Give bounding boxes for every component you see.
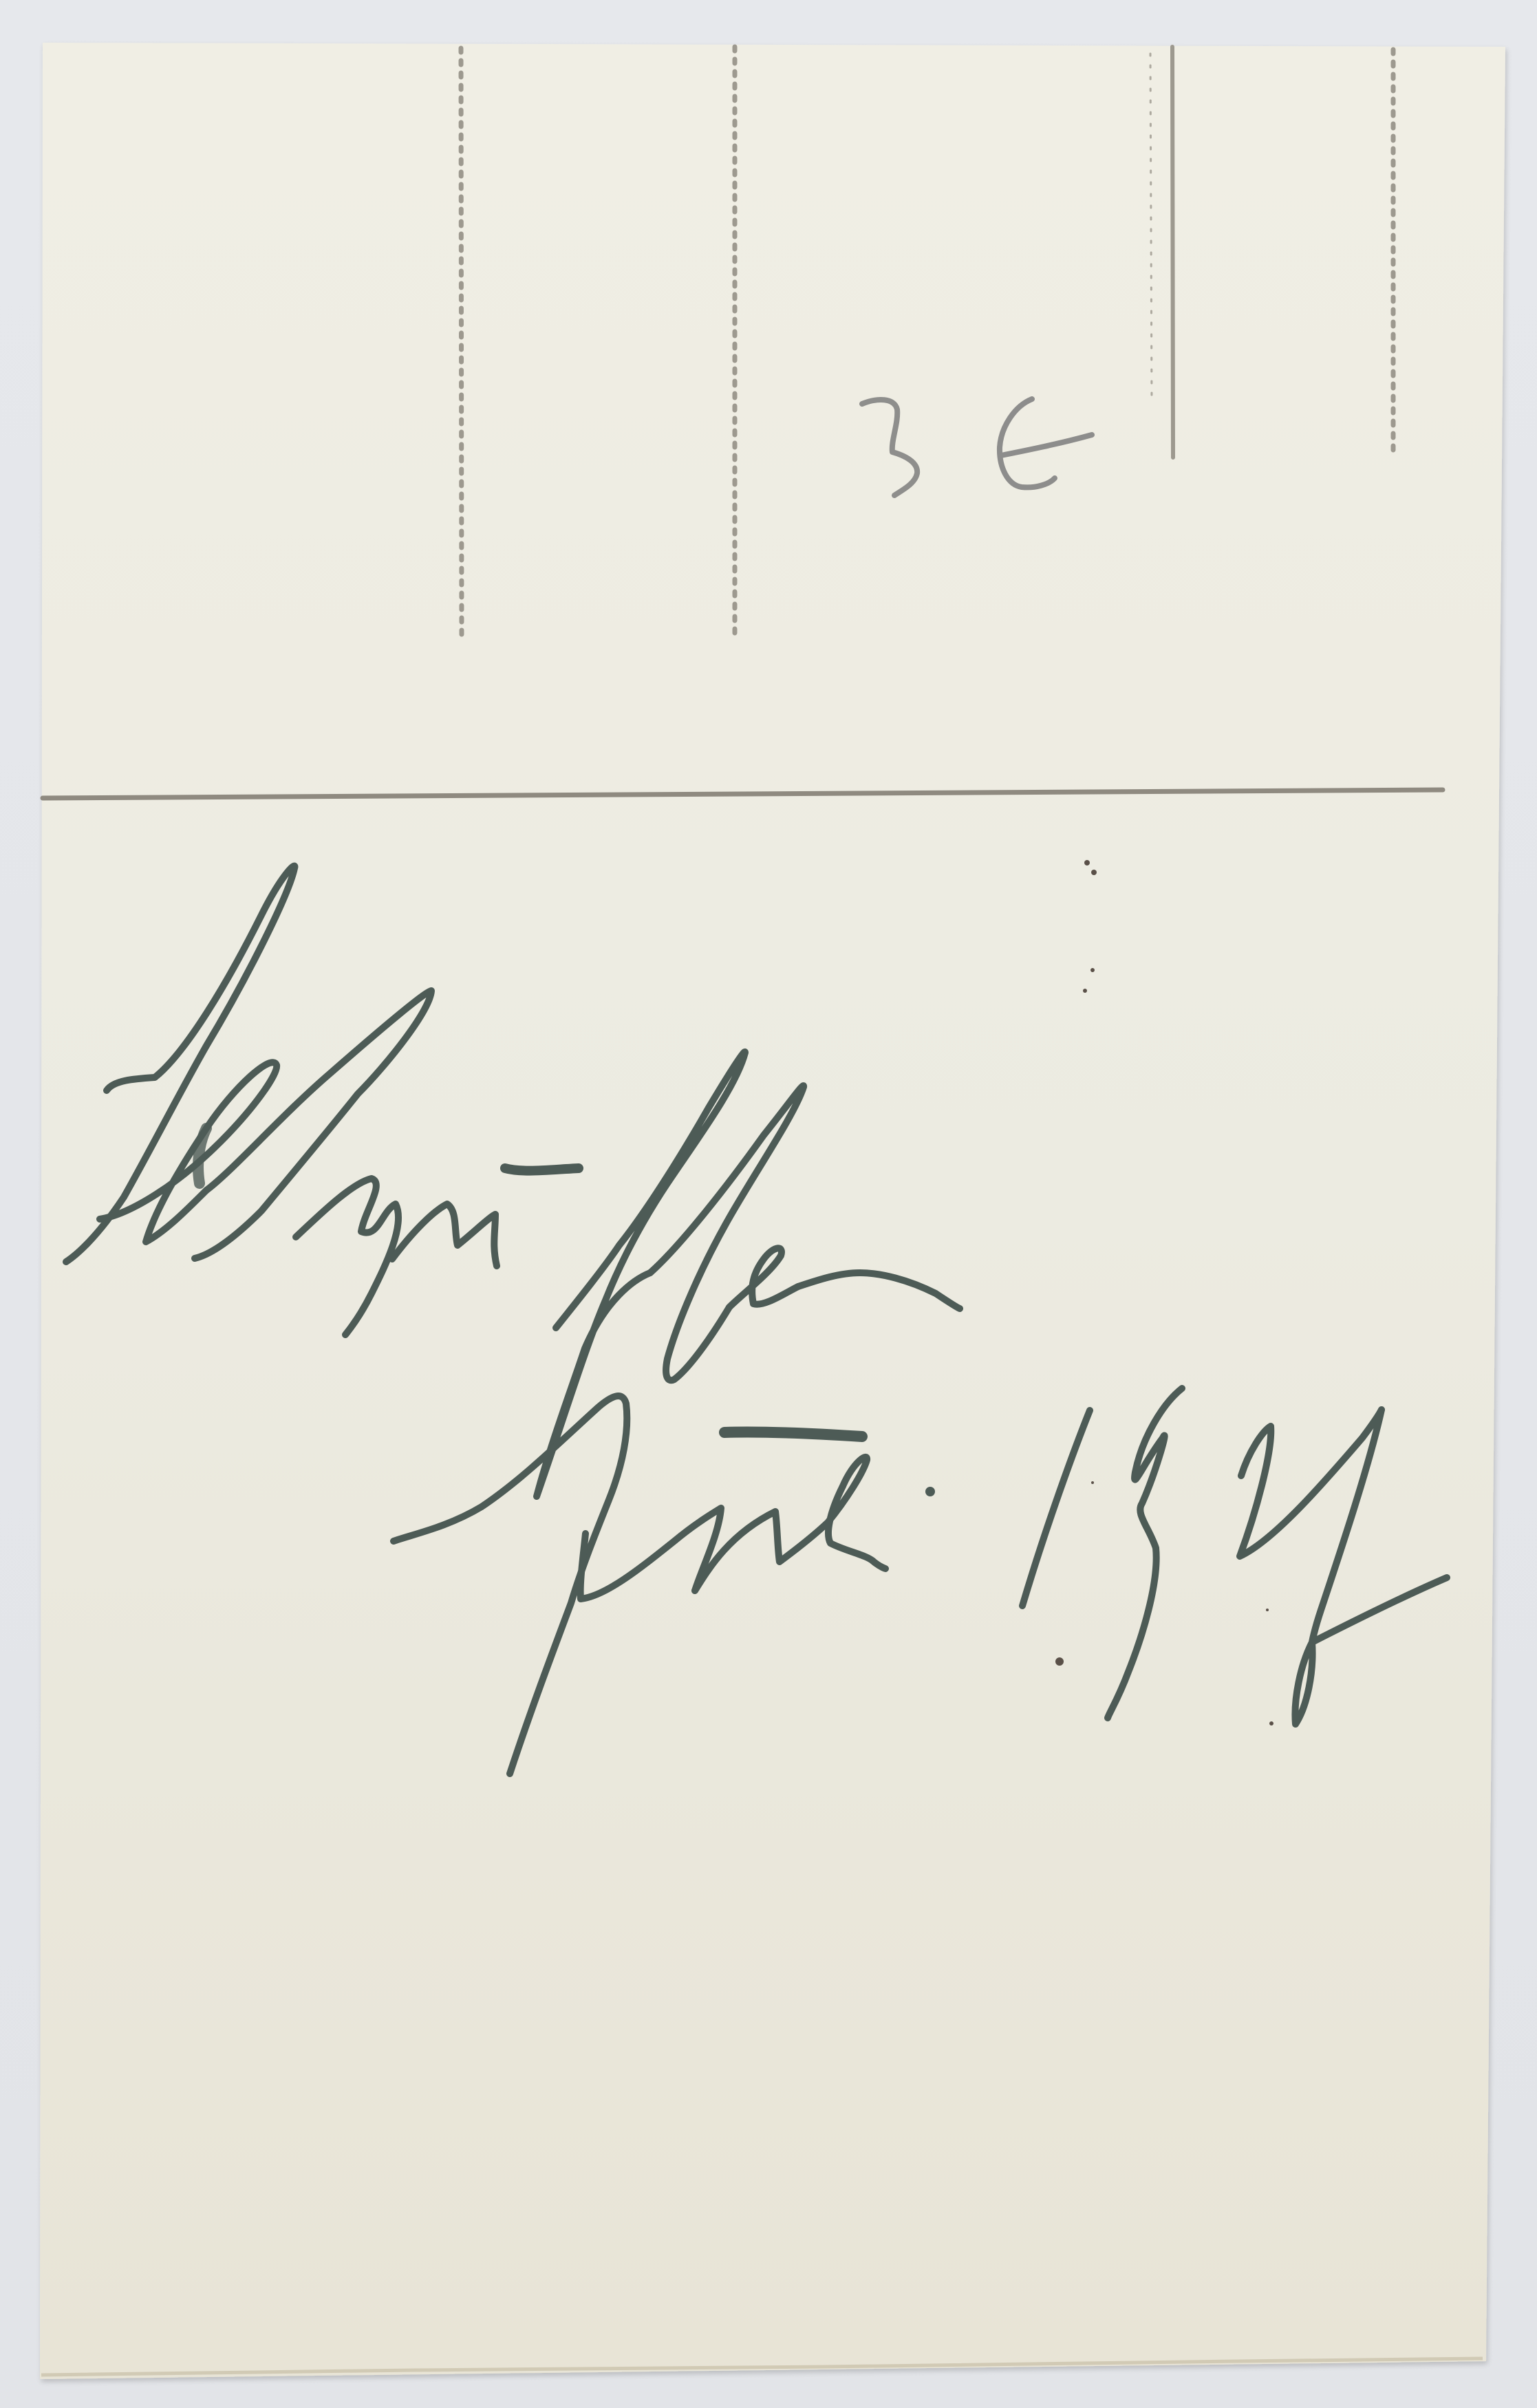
postcard: 3 € Salzuflen Juni 1927 bbox=[0, 0, 1537, 2408]
solid-divider-4 bbox=[1172, 47, 1173, 458]
dotted-divider-1 bbox=[461, 48, 462, 638]
